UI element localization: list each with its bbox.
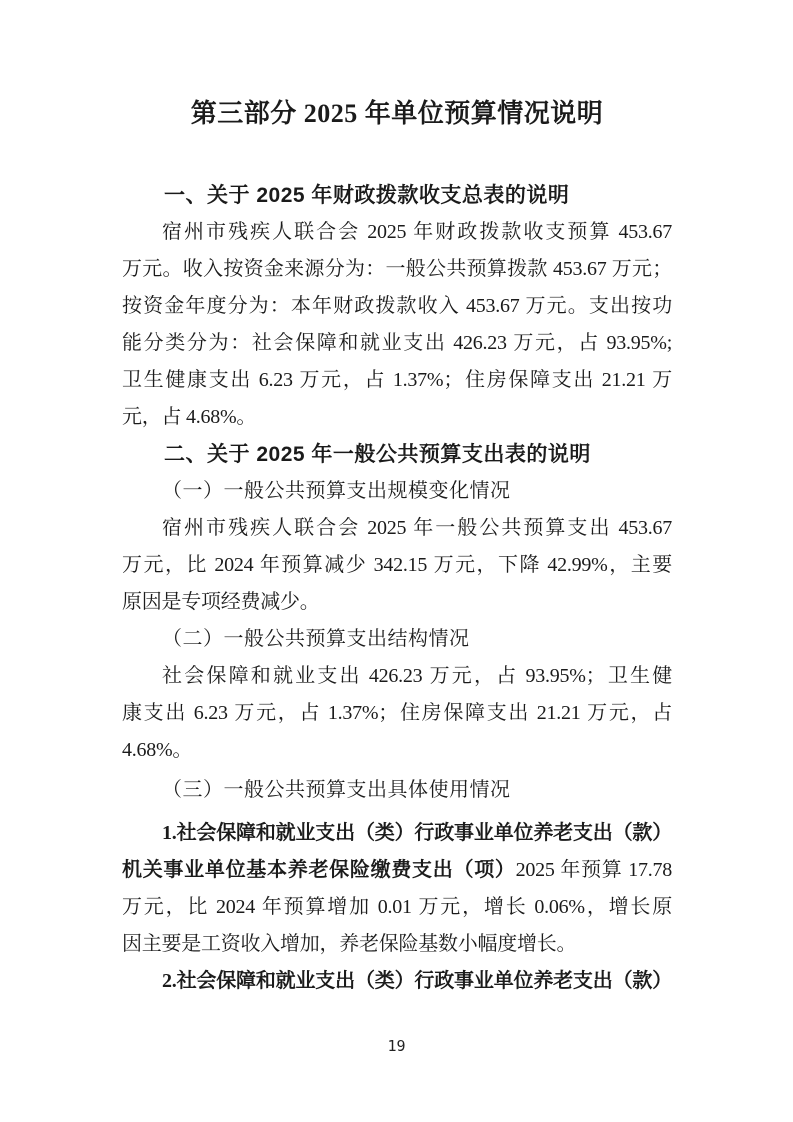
- text-line: 4.68%。: [122, 732, 672, 769]
- subsection-2-heading: （二）一般公共预算支出结构情况: [122, 621, 672, 658]
- text-line: 能分类分为：社会保障和就业支出 426.23 万元，占 93.95%;: [122, 325, 672, 362]
- document-page: 第三部分 2025 年单位预算情况说明 一、关于 2025 年财政拨款收支总表的…: [0, 0, 793, 1122]
- text-line: 社会保障和就业支出 426.23 万元，占 93.95%；卫生健: [122, 658, 672, 695]
- budget-item-1-paragraph: 1.社会保障和就业支出（类）行政事业单位养老支出（款） 机关事业单位基本养老保险…: [122, 815, 672, 963]
- text-line: 机关事业单位基本养老保险缴费支出（项）2025 年预算 17.78: [122, 852, 672, 889]
- item-1-regular-text: 2025 年预算 17.78: [516, 859, 672, 881]
- text-line: 万元。收入按资金来源分为：一般公共预算拨款 453.67 万元；: [122, 251, 672, 288]
- document-content: 第三部分 2025 年单位预算情况说明 一、关于 2025 年财政拨款收支总表的…: [122, 0, 672, 1000]
- text-line: 1.社会保障和就业支出（类）行政事业单位养老支出（款）: [122, 815, 672, 852]
- text-line: 因主要是工资收入增加，养老保险基数小幅度增长。: [122, 926, 672, 963]
- subsection-1-paragraph: 宿州市残疾人联合会 2025 年一般公共预算支出 453.67 万元，比 202…: [122, 510, 672, 621]
- item-2-bold-lead: 2.社会保障和就业支出（类）行政事业单位养老支出（款）: [162, 970, 672, 992]
- document-title: 第三部分 2025 年单位预算情况说明: [122, 94, 672, 134]
- subsection-2-paragraph: 社会保障和就业支出 426.23 万元，占 93.95%；卫生健 康支出 6.2…: [122, 658, 672, 769]
- text-line: 按资金年度分为：本年财政拨款收入 453.67 万元。支出按功: [122, 288, 672, 325]
- item-1-bold-lead: 1.社会保障和就业支出（类）行政事业单位养老支出（款）: [162, 822, 672, 844]
- text-line: 2.社会保障和就业支出（类）行政事业单位养老支出（款）: [122, 963, 672, 1000]
- subsection-3-heading: （三）一般公共预算支出具体使用情况: [122, 772, 672, 809]
- text-line: 卫生健康支出 6.23 万元，占 1.37%；住房保障支出 21.21 万: [122, 362, 672, 399]
- text-line: 宿州市残疾人联合会 2025 年财政拨款收支预算 453.67: [122, 214, 672, 251]
- text-line: 万元，比 2024 年预算增加 0.01 万元，增长 0.06%，增长原: [122, 889, 672, 926]
- text-line: 康支出 6.23 万元，占 1.37%；住房保障支出 21.21 万元，占: [122, 695, 672, 732]
- item-1-bold-continued: 机关事业单位基本养老保险缴费支出（项）: [122, 859, 516, 881]
- text-line: 元，占 4.68%。: [122, 399, 672, 436]
- budget-item-2-paragraph: 2.社会保障和就业支出（类）行政事业单位养老支出（款）: [122, 963, 672, 1000]
- section-1-heading: 一、关于 2025 年财政拨款收支总表的说明: [122, 177, 672, 214]
- page-number: 19: [0, 1036, 793, 1056]
- text-line: 宿州市残疾人联合会 2025 年一般公共预算支出 453.67: [122, 510, 672, 547]
- section-2-heading: 二、关于 2025 年一般公共预算支出表的说明: [122, 436, 672, 473]
- text-line: 万元，比 2024 年预算减少 342.15 万元，下降 42.99%，主要: [122, 547, 672, 584]
- text-line: 原因是专项经费减少。: [122, 584, 672, 621]
- subsection-1-heading: （一）一般公共预算支出规模变化情况: [122, 473, 672, 510]
- section-1-paragraph: 宿州市残疾人联合会 2025 年财政拨款收支预算 453.67 万元。收入按资金…: [122, 214, 672, 436]
